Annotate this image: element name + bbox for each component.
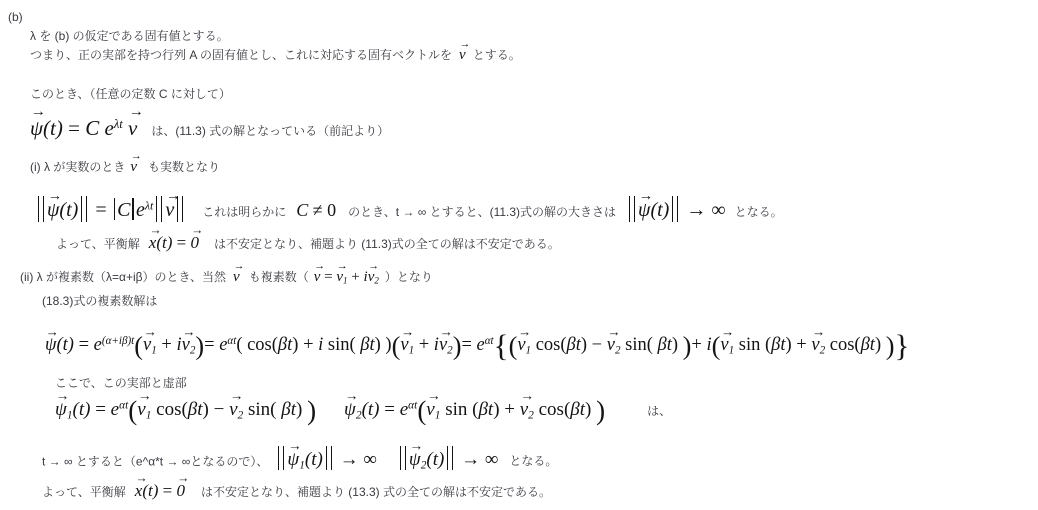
vector-arrow-icon: → [144, 324, 156, 340]
text-run: ここで、この実部と虚部 [55, 376, 187, 390]
text-run: とする。 [473, 48, 521, 62]
line-constant-c: このとき、（任意の定数 C に対して） [30, 85, 231, 103]
vector: →v [811, 335, 819, 356]
vector-arrow-icon: → [230, 388, 243, 404]
math-c-not-zero: C ≠ 0 [296, 200, 336, 220]
math-x-equals-zero: →x(t) = →0 [149, 233, 199, 252]
vector-arrow-icon: → [410, 438, 423, 454]
math-token: βt [281, 399, 296, 420]
text-run: となる。 [735, 205, 783, 219]
vector: →ψ [409, 449, 421, 471]
vector-arrow-icon: → [440, 324, 452, 340]
vector: →x [135, 481, 143, 501]
text-run: ）となり [385, 270, 433, 284]
math-token: = [158, 481, 176, 500]
line-limit-infinity: t → ∞ とすると（e^α*t → ∞となるので）、→ψ1(t) → ∞→ψ2… [42, 446, 557, 472]
vector-arrow-icon: → [56, 388, 69, 404]
math-token: ) + [292, 335, 318, 355]
math-token: βt [861, 335, 875, 355]
math-v-decomposition: →v = →v1 + i→v2 [314, 269, 379, 285]
math-token: (t) [650, 199, 669, 221]
vector-arrow-icon: → [460, 38, 470, 50]
norm-bars [38, 196, 44, 222]
formula-complex-expansion: →ψ(t) = e(α+iβ)t(→v1 + i→v2)= eαt( cos(β… [45, 330, 909, 361]
text-run: このとき、（任意の定数 C に対して） [30, 87, 231, 101]
math-token: = [74, 335, 94, 355]
math-token: = [90, 399, 110, 420]
math-token: e [104, 116, 113, 140]
math-token: ( cos( [236, 335, 278, 355]
line-complex-solution-label: (18.3)式の複素数解は [42, 292, 157, 310]
line-case-ii: (ii) λ が複素数（λ=α+iβ）のとき、当然→vも複素数（→v = →v1… [20, 268, 433, 286]
text-run: のとき、t → ∞ とすると、(11.3)式の解の大きさは [348, 205, 616, 219]
math-token: ( [392, 331, 401, 360]
vector-arrow-icon: → [520, 388, 533, 404]
math-token: βt [570, 399, 585, 420]
line-assumption: λ を (b) の仮定である固有値とする。 [30, 27, 229, 45]
vector: →v [720, 335, 728, 356]
math-norm-psi1-to-infinity: →ψ1(t) → ∞ [275, 449, 377, 470]
norm-bars [447, 446, 453, 470]
text-run: は、 [647, 404, 671, 418]
vector: →ψ [45, 335, 57, 356]
math-token: C [296, 200, 308, 220]
text-run: よって、平衡解 [42, 485, 126, 499]
vector: →v [426, 399, 434, 421]
vector-arrow-icon: → [639, 188, 652, 205]
vector-arrow-icon: → [337, 260, 347, 272]
vector: →v [314, 269, 321, 286]
math-token: e [94, 335, 102, 355]
vector: →v [607, 335, 615, 356]
math-token: → ∞ [335, 449, 377, 470]
math-token: ( [417, 396, 426, 426]
math-token: (t) [426, 449, 444, 470]
text-run: (i) λ が実数のとき [30, 160, 125, 174]
vector: →v [128, 116, 137, 141]
math-token: sin( [323, 335, 360, 355]
math-token: e [111, 399, 119, 420]
vector: →v [336, 269, 343, 286]
vector-arrow-icon: → [518, 324, 530, 340]
math-token: λt [145, 199, 154, 213]
vector-arrow-icon: → [345, 388, 358, 404]
math-token: (t) [43, 116, 63, 140]
math-v-vector: →v [459, 47, 466, 63]
math-token: ( [712, 331, 721, 360]
vector-arrow-icon: → [149, 223, 160, 238]
vector: →v [439, 335, 447, 356]
vector: →v [233, 269, 240, 286]
vector-arrow-icon: → [166, 188, 179, 205]
text-run: λ を (b) の仮定である固有値とする。 [30, 29, 229, 43]
norm-bars [278, 446, 284, 470]
math-token: (t) [305, 449, 323, 470]
math-token: ≠ 0 [308, 200, 336, 220]
vector-arrow-icon: → [812, 324, 824, 340]
math-token: + [157, 335, 177, 355]
norm-bars [156, 196, 162, 222]
math-token: + [348, 269, 364, 285]
math-token: } [894, 328, 909, 363]
vector-arrow-icon: → [368, 260, 378, 272]
math-token: → ∞ [456, 449, 498, 470]
vector: →ψ [55, 399, 67, 421]
norm-bars [629, 196, 635, 222]
math-token: = [63, 116, 85, 140]
vector-arrow-icon: → [48, 188, 61, 205]
vector-arrow-icon: → [31, 104, 45, 121]
math-token: ( [128, 396, 137, 426]
vector: →v [520, 399, 528, 421]
math-token: (α+iβ)t [102, 335, 134, 347]
vector-arrow-icon: → [131, 150, 141, 162]
math-token: ) − [581, 335, 607, 355]
math-token: ( [509, 331, 518, 360]
math-token: sin ( [734, 335, 771, 355]
math-token: { [494, 328, 509, 363]
math-token: ) ) [375, 335, 392, 355]
math-token: ) [307, 396, 316, 426]
math-token: = [461, 335, 476, 355]
math-token: cos( [151, 399, 187, 420]
abs-bar [114, 198, 116, 220]
line-case-i: (i) λ が実数のとき→vも実数となり [30, 158, 220, 176]
math-token: βt [567, 335, 581, 355]
math-token: βt [771, 335, 785, 355]
line-equilibrium-11-3: よって、平衡解→x(t) = →0は不安定となり、補題より (11.3)式の全て… [56, 233, 560, 253]
math-token: ) − [203, 399, 230, 420]
math-token: = [204, 335, 219, 355]
vector-arrow-icon: → [182, 324, 194, 340]
math-token: = [172, 233, 190, 252]
text-run: となる。 [509, 454, 557, 468]
math-token: βt [188, 399, 203, 420]
math-psi-equals-ce-lambda-t-v: →ψ(t) = C eλt →v [30, 116, 137, 140]
math-token: + [691, 335, 706, 355]
math-psi-complex-expansion: →ψ(t) = e(α+iβ)t(→v1 + i→v2)= eαt( cos(β… [45, 335, 909, 355]
math-token: = [380, 399, 400, 420]
vector-arrow-icon: → [607, 324, 619, 340]
math-token: βt [478, 399, 493, 420]
math-token: C [85, 116, 99, 140]
math-token: ) [875, 335, 886, 355]
math-token: cos( [825, 335, 860, 355]
math-token: e [400, 399, 408, 420]
vector: →v [165, 199, 174, 222]
math-token: (t) [59, 199, 78, 221]
math-token: ) [596, 396, 605, 426]
math-token: αt [227, 335, 236, 347]
math-token: βt [278, 335, 292, 355]
vector-arrow-icon: → [234, 260, 244, 272]
vector-arrow-icon: → [288, 438, 301, 454]
line-real-imaginary-label: ここで、この実部と虚部 [55, 374, 187, 392]
math-token: ( [134, 331, 143, 360]
vector: →v [517, 335, 525, 356]
vector-arrow-icon: → [314, 260, 324, 272]
vector: →v [459, 47, 466, 64]
text-run: (b) [8, 10, 23, 24]
math-token: sin( [621, 335, 658, 355]
vector-arrow-icon: → [401, 324, 413, 340]
text-run: も実数となり [148, 160, 220, 174]
math-token: e [136, 199, 145, 221]
norm-bars [400, 446, 406, 470]
math-token: ) [585, 399, 596, 420]
math-token: (t) [73, 399, 91, 420]
vector-arrow-icon: → [427, 388, 440, 404]
line-equilibrium-13-3: よって、平衡解→x(t) = →0は不安定となり、補題より (13.3) 式の全… [42, 481, 551, 501]
text-run: t → ∞ とすると（e^α*t → ∞となるので）、 [42, 454, 268, 468]
norm-bars [81, 196, 87, 222]
formula-psi-solution: →ψ(t) = C eλt →vは、(11.3) 式の解となっている（前記より） [30, 116, 389, 141]
math-token: sin( [243, 399, 281, 420]
vector: →x [149, 233, 157, 253]
line-eigenvector: つまり、正の実部を持つ行列 A の固有値とし、これに対応する固有ベクトルを→vと… [30, 46, 521, 64]
vector: →v [143, 335, 151, 356]
text-run: よって、平衡解 [56, 237, 140, 251]
vector-arrow-icon: → [191, 223, 202, 238]
math-token: 2 [374, 276, 379, 286]
math-x-equals-zero: →x(t) = →0 [135, 481, 185, 500]
math-token: λt [114, 117, 123, 131]
vector-arrow-icon: → [177, 471, 188, 486]
vector: →ψ [638, 199, 650, 222]
vector: →v [182, 335, 190, 356]
vector: →ψ [287, 449, 299, 471]
math-norm-psi-equals: →ψ(t) = Ceλt→v [35, 199, 186, 221]
math-token: C [117, 199, 130, 221]
math-psi1-real-part: →ψ1(t) = eαt(→v1 cos(βt) − →v2 sin( βt) … [55, 399, 316, 420]
math-token: βt [360, 335, 374, 355]
vector: →ψ [344, 399, 356, 421]
text-run: も複素数（ [249, 270, 309, 284]
vector: →v [130, 159, 137, 176]
formula-norm: →ψ(t) = Ceλt→vこれは明らかにC ≠ 0のとき、t → ∞ とすると… [35, 196, 783, 222]
norm-bars [326, 446, 332, 470]
math-token: ) [296, 399, 307, 420]
math-token: ) [195, 331, 204, 360]
vector: →0 [176, 481, 185, 501]
text-run: (ii) λ が複素数（λ=α+iβ）のとき、当然 [20, 270, 226, 284]
math-token: cos( [531, 335, 566, 355]
section-label-b: (b) [8, 8, 23, 26]
math-token: cos( [534, 399, 570, 420]
math-token: αt [408, 400, 417, 412]
text-run: これは明らかに [202, 205, 286, 219]
text-run: つまり、正の実部を持つ行列 A の固有値とし、これに対応する固有ベクトルを [30, 48, 452, 62]
math-token: e [477, 335, 485, 355]
vector: →ψ [30, 116, 43, 141]
math-norm-psi2-to-infinity: →ψ2(t) → ∞ [397, 449, 499, 470]
vector: →ψ [47, 199, 59, 222]
text-run: は不安定となり、補題より (11.3)式の全ての解は不安定である。 [214, 237, 560, 251]
vector-arrow-icon: → [135, 471, 146, 486]
math-token: ) [672, 335, 683, 355]
norm-bars [672, 196, 678, 222]
math-token: = [90, 199, 111, 221]
math-token: αt [119, 400, 128, 412]
document-page: (b)λ を (b) の仮定である固有値とする。つまり、正の実部を持つ行列 A … [0, 0, 1038, 510]
vector: →v [368, 269, 375, 286]
vector: →v [400, 335, 408, 356]
text-run: は、(11.3) 式の解となっている（前記より） [151, 124, 389, 138]
vector-arrow-icon: → [721, 324, 733, 340]
vector: →0 [190, 233, 199, 253]
vector-arrow-icon: → [129, 104, 143, 121]
abs-bar [132, 198, 134, 220]
math-token: (t) [362, 399, 380, 420]
formula-psi1-psi2: →ψ1(t) = eαt(→v1 cos(βt) − →v2 sin( βt) … [55, 398, 671, 425]
vector-arrow-icon: → [138, 388, 151, 404]
math-token: ) + [786, 335, 812, 355]
vector: →v [137, 399, 145, 421]
text-run: (18.3)式の複素数解は [42, 294, 157, 308]
math-token: βt [658, 335, 672, 355]
math-token: → ∞ [681, 199, 725, 221]
math-token: sin ( [440, 399, 478, 420]
text-run: は不安定となり、補題より (13.3) 式の全ての解は不安定である。 [201, 485, 551, 499]
math-token: + [414, 335, 434, 355]
math-v-vector: →v [233, 269, 240, 285]
math-v-vector: →v [130, 159, 137, 175]
math-token: ) + [493, 399, 520, 420]
math-token: (t) [57, 335, 74, 355]
math-norm-psi-to-infinity: →ψ(t) → ∞ [626, 199, 726, 221]
vector: →v [229, 399, 237, 421]
math-psi2-imaginary-part: →ψ2(t) = eαt(→v1 sin (βt) + →v2 cos(βt) … [344, 399, 605, 420]
vector-arrow-icon: → [46, 324, 58, 340]
math-token: αt [485, 335, 494, 347]
